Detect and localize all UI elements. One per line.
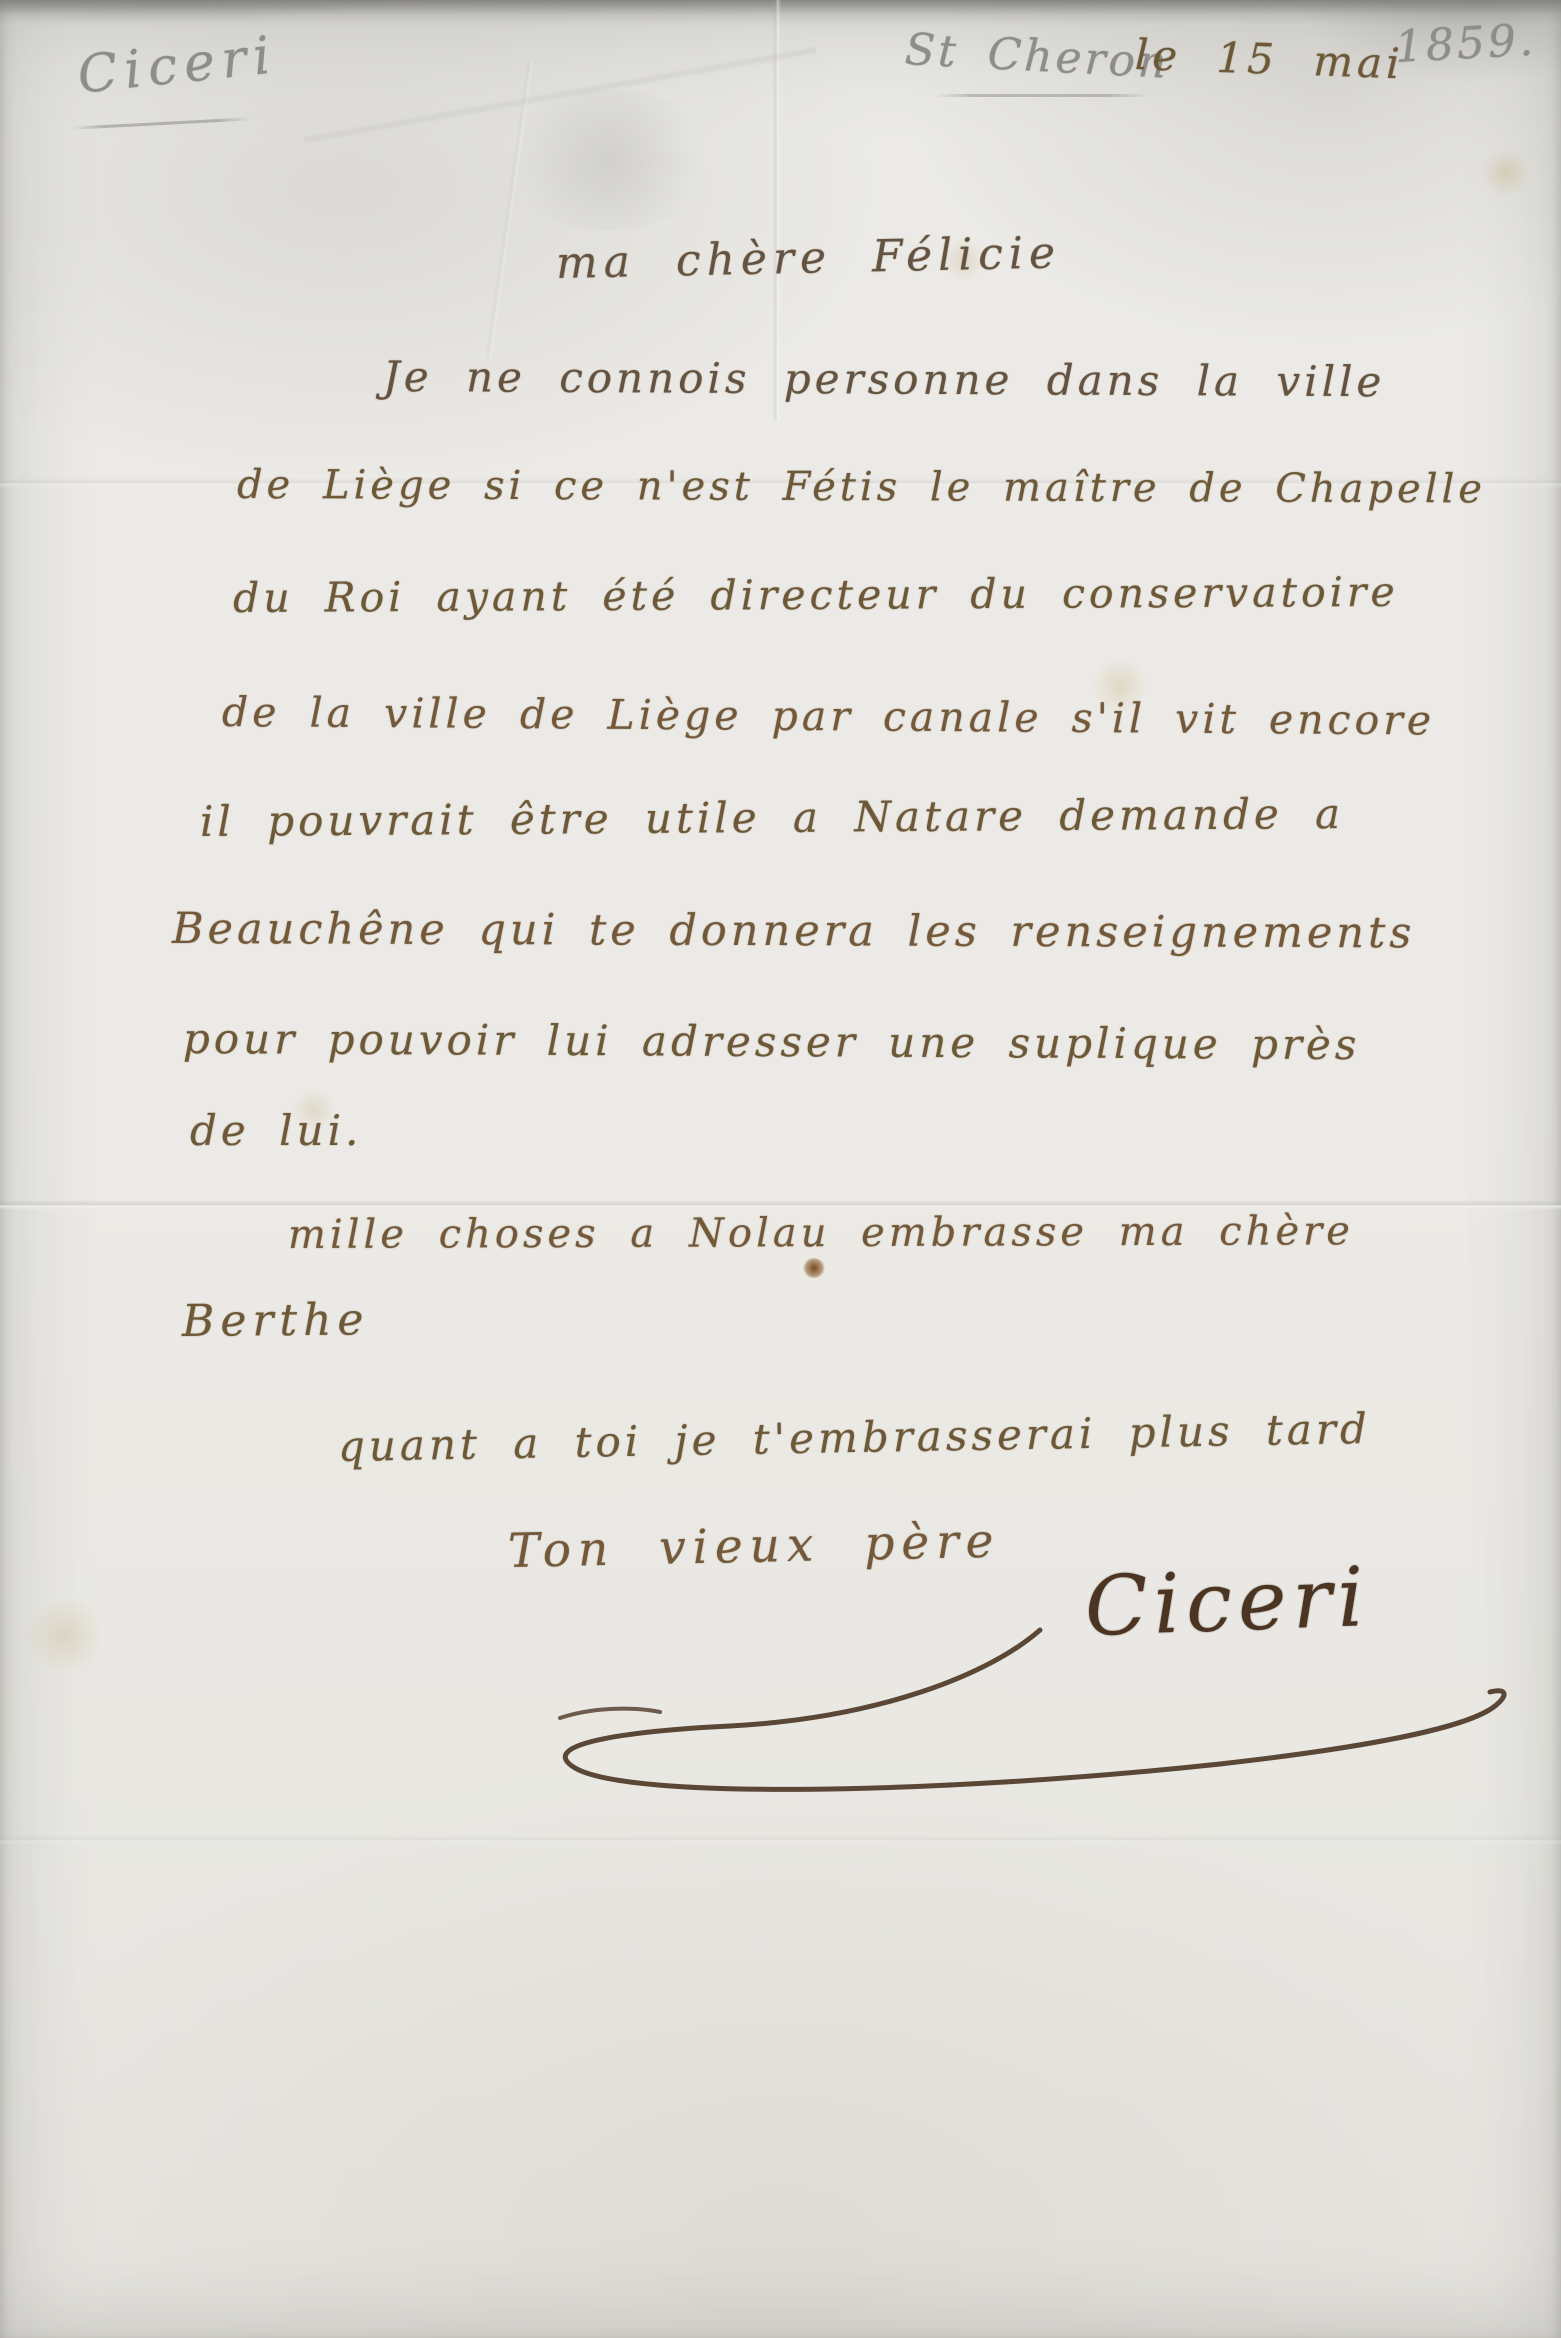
body-line: Beauchêne qui te donnera les renseigneme… xyxy=(172,904,1416,958)
body-line: de Liège si ce n'est Fétis le maître de … xyxy=(237,462,1486,512)
body-line: de lui. xyxy=(190,1106,362,1155)
body-line: Je ne connois personne dans la ville xyxy=(383,352,1386,406)
valediction: Ton vieux père xyxy=(507,1514,1001,1579)
letter-place: St Cheron xyxy=(904,24,1171,89)
body-line: il pouvrait être utile a Natare demande … xyxy=(200,789,1344,846)
postscript-line: quant a toi je t'embrasserai plus tard xyxy=(338,1404,1372,1471)
year-annotation: 1859. xyxy=(1394,15,1537,73)
letter-date: le 15 mai xyxy=(1134,30,1404,88)
body-line: de la ville de Liège par canale s'il vit… xyxy=(222,688,1435,744)
paper-crease-diagonal xyxy=(303,45,817,145)
regards-line: mille choses a Nolau embrasse ma chère xyxy=(288,1208,1354,1258)
body-line: pour pouvoir lui adresser une suplique p… xyxy=(183,1014,1361,1069)
letter-page: Ciceri St Cheron le 15 mai 1859. ma chèr… xyxy=(0,0,1561,2338)
fox-spot xyxy=(1480,150,1532,196)
date-underline xyxy=(935,94,1150,97)
pencil-annotation-name: Ciceri xyxy=(75,25,280,106)
smudge xyxy=(500,90,720,230)
fox-spot xyxy=(20,1600,110,1670)
body-line: du Roi ayant été directeur du conservato… xyxy=(233,568,1399,622)
pencil-underline xyxy=(72,117,252,129)
salutation: ma chère Félicie xyxy=(555,227,1061,289)
paper-fold-line xyxy=(0,1835,1561,1845)
scan-edge-shadow xyxy=(0,0,1561,26)
paper-crease-vertical xyxy=(484,61,535,359)
signature-flourish xyxy=(520,1622,1530,1832)
ink-spot xyxy=(803,1258,825,1278)
regards-line: Berthe xyxy=(182,1294,370,1347)
